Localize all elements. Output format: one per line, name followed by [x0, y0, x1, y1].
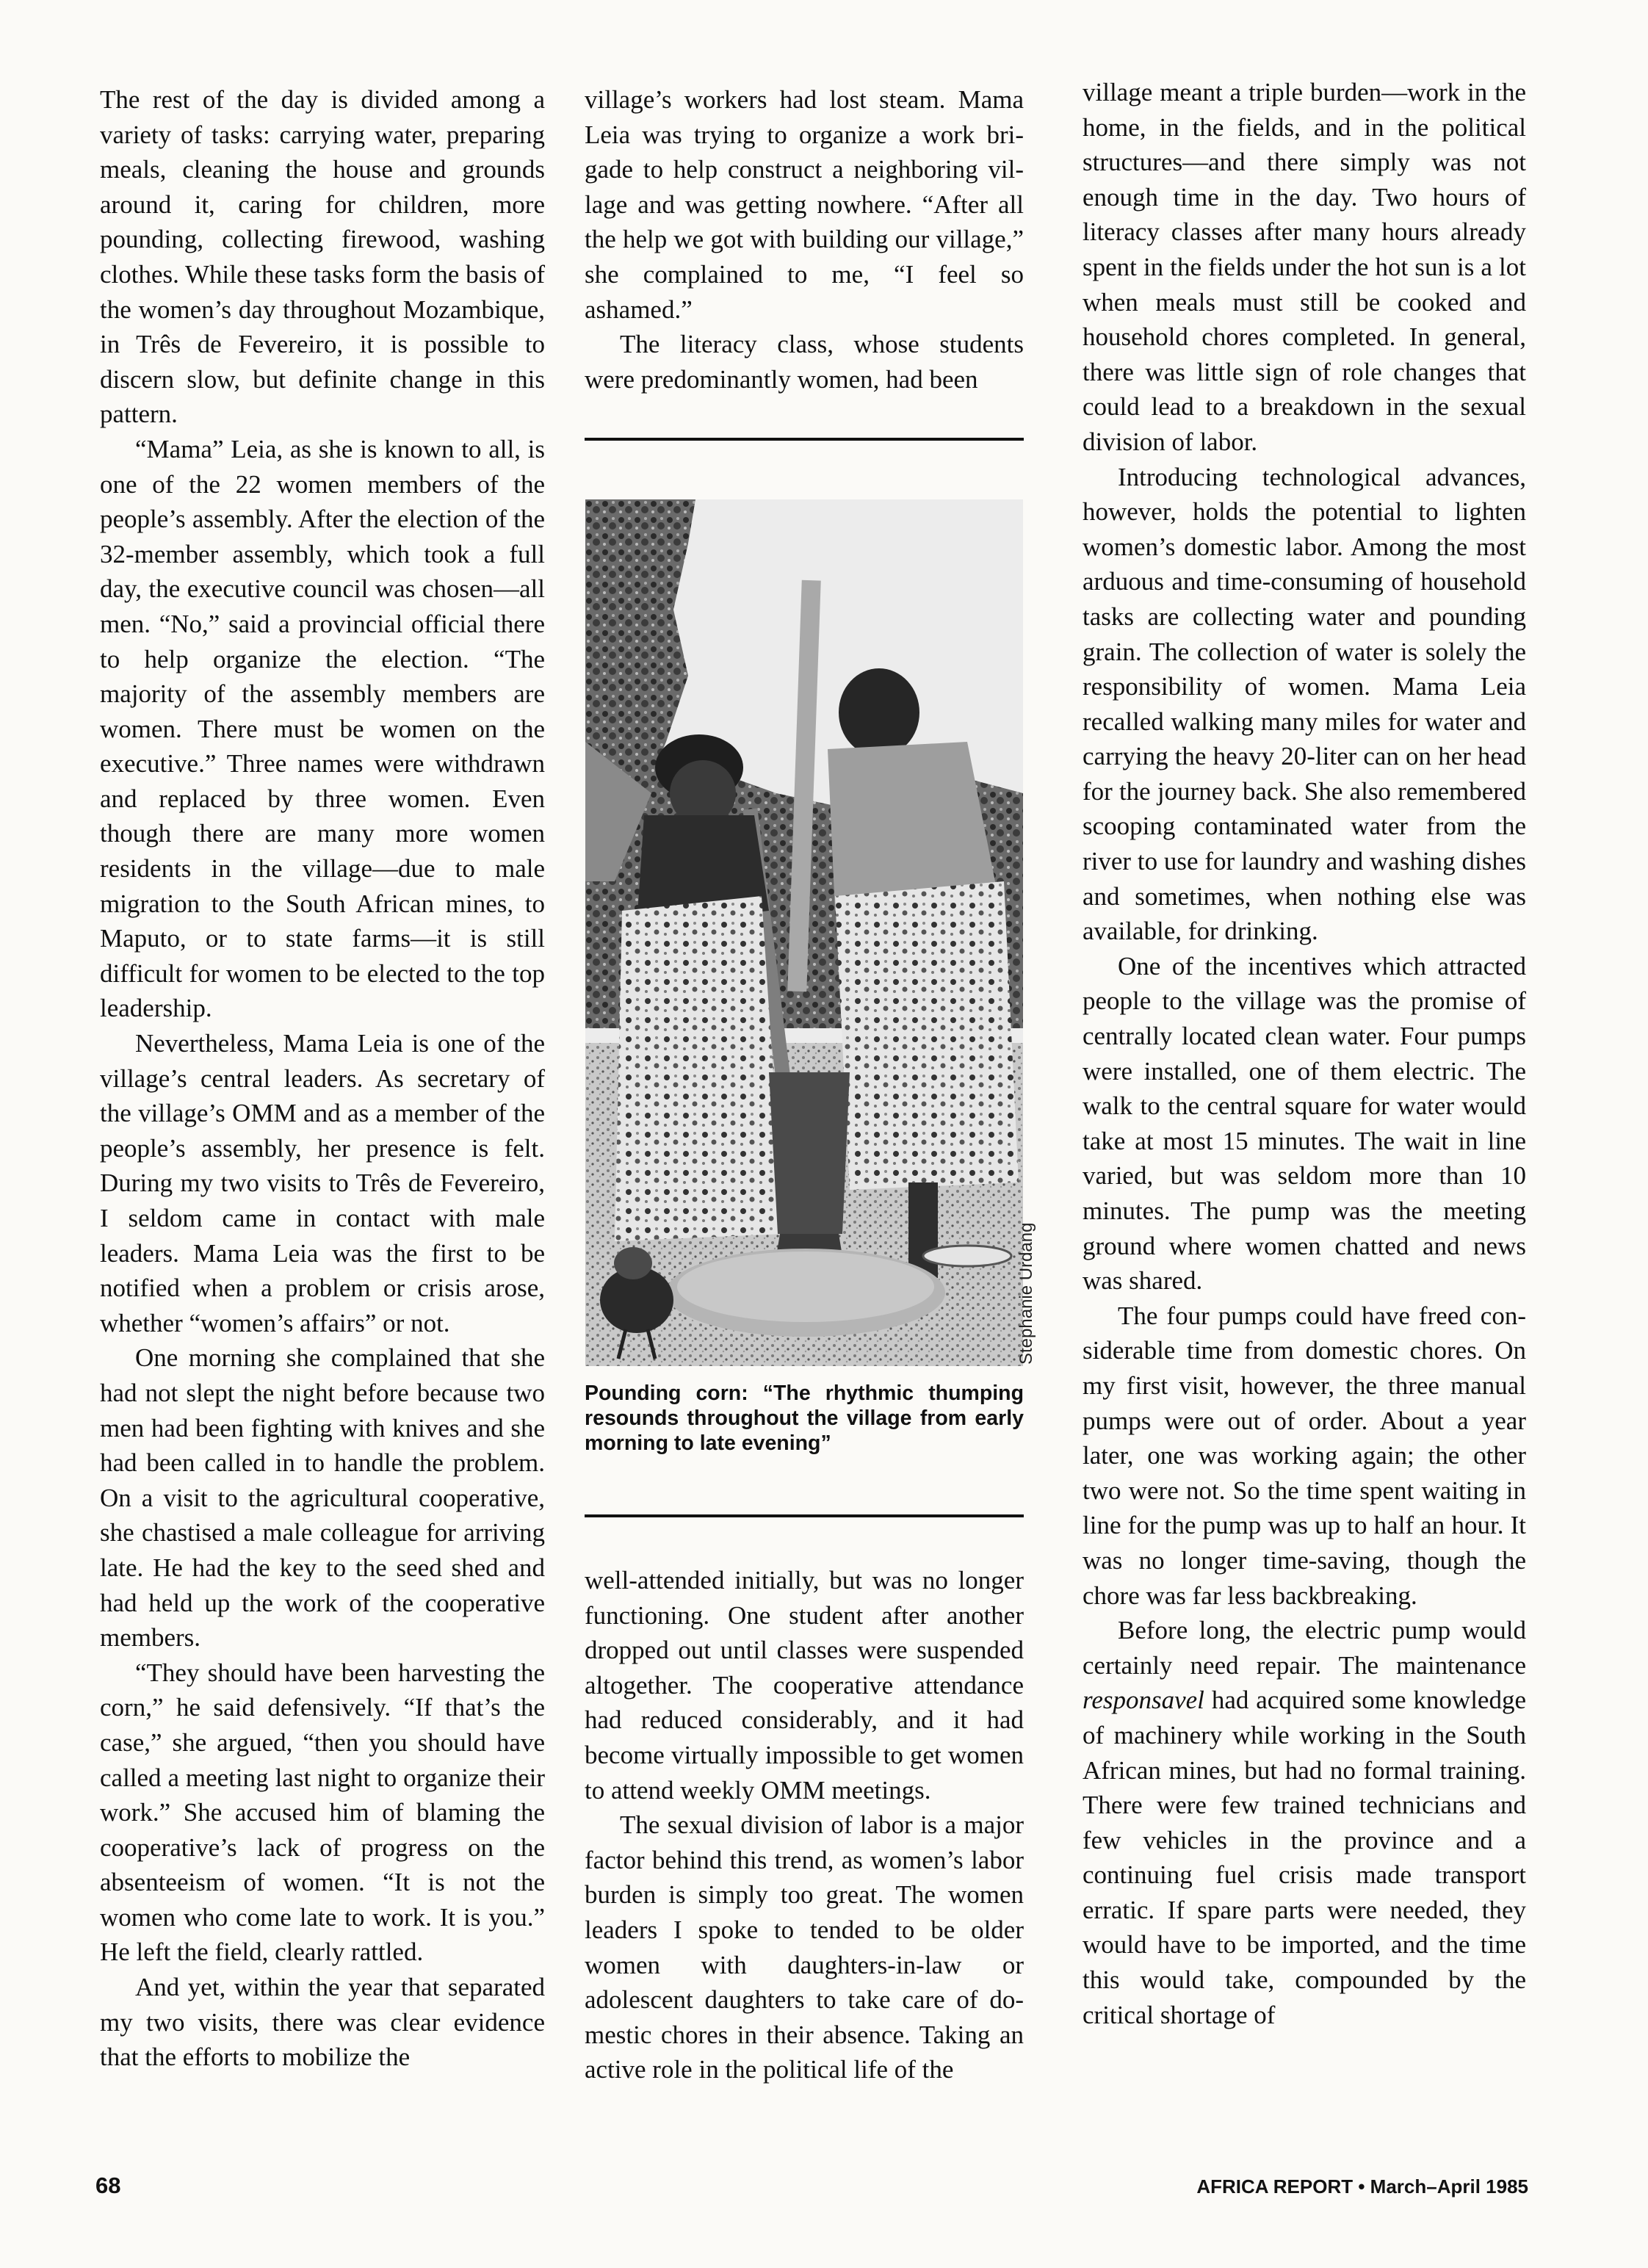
page-number: 68 — [95, 2173, 120, 2199]
paragraph: Nevertheless, Mama Leia is one of the vi… — [100, 1026, 545, 1340]
article-column-1: The rest of the day is divided among a v… — [100, 82, 545, 2075]
paragraph: village meant a triple burden—work in th… — [1083, 75, 1526, 460]
photo-pounding-corn — [585, 499, 1023, 1366]
article-column-3: village meant a triple burden—work in th… — [1083, 75, 1526, 2032]
paragraph: The four pumps could have freed con­side… — [1083, 1299, 1526, 1613]
article-column-2-top: village’s workers had lost steam. Mama L… — [585, 82, 1024, 397]
paragraph: “They should have been harvesting the co… — [100, 1655, 545, 1970]
paragraph: village’s workers had lost steam. Mama L… — [585, 82, 1024, 327]
paragraph: Introducing technological advances, howe… — [1083, 460, 1526, 949]
italic-term: responsavel — [1083, 1686, 1204, 1714]
paragraph: “Mama” Leia, as she is known to all, is … — [100, 432, 545, 1026]
publication-footer: AFRICA REPORT • March–April 1985 — [1196, 2175, 1528, 2198]
photo-credit: Stephanie Urdang — [1016, 1223, 1037, 1365]
paragraph-text: had acquired some knowl­edge of machiner… — [1083, 1686, 1526, 2029]
figure-bottom-rule — [585, 1514, 1024, 1517]
paragraph: And yet, within the year that sepa­rated… — [100, 1970, 545, 2075]
paragraph: One morning she complained that she had … — [100, 1340, 545, 1655]
paragraph: The rest of the day is divided among a v… — [100, 82, 545, 432]
photo-image — [585, 499, 1023, 1366]
paragraph: well-attended initially, but was no long… — [585, 1563, 1024, 1807]
figure-top-rule — [585, 438, 1024, 441]
photo-caption: Pounding corn: “The rhythmic thumping re… — [585, 1381, 1024, 1456]
paragraph: Before long, the electric pump would cer… — [1083, 1613, 1526, 2032]
paragraph: One of the incentives which attracted pe… — [1083, 949, 1526, 1299]
paragraph: The sexual division of labor is a major … — [585, 1807, 1024, 2087]
paragraph-text: Before long, the electric pump would cer… — [1083, 1616, 1526, 1680]
article-column-2-bottom: well-attended initially, but was no long… — [585, 1563, 1024, 2087]
paragraph: The literacy class, whose students were … — [585, 327, 1024, 397]
